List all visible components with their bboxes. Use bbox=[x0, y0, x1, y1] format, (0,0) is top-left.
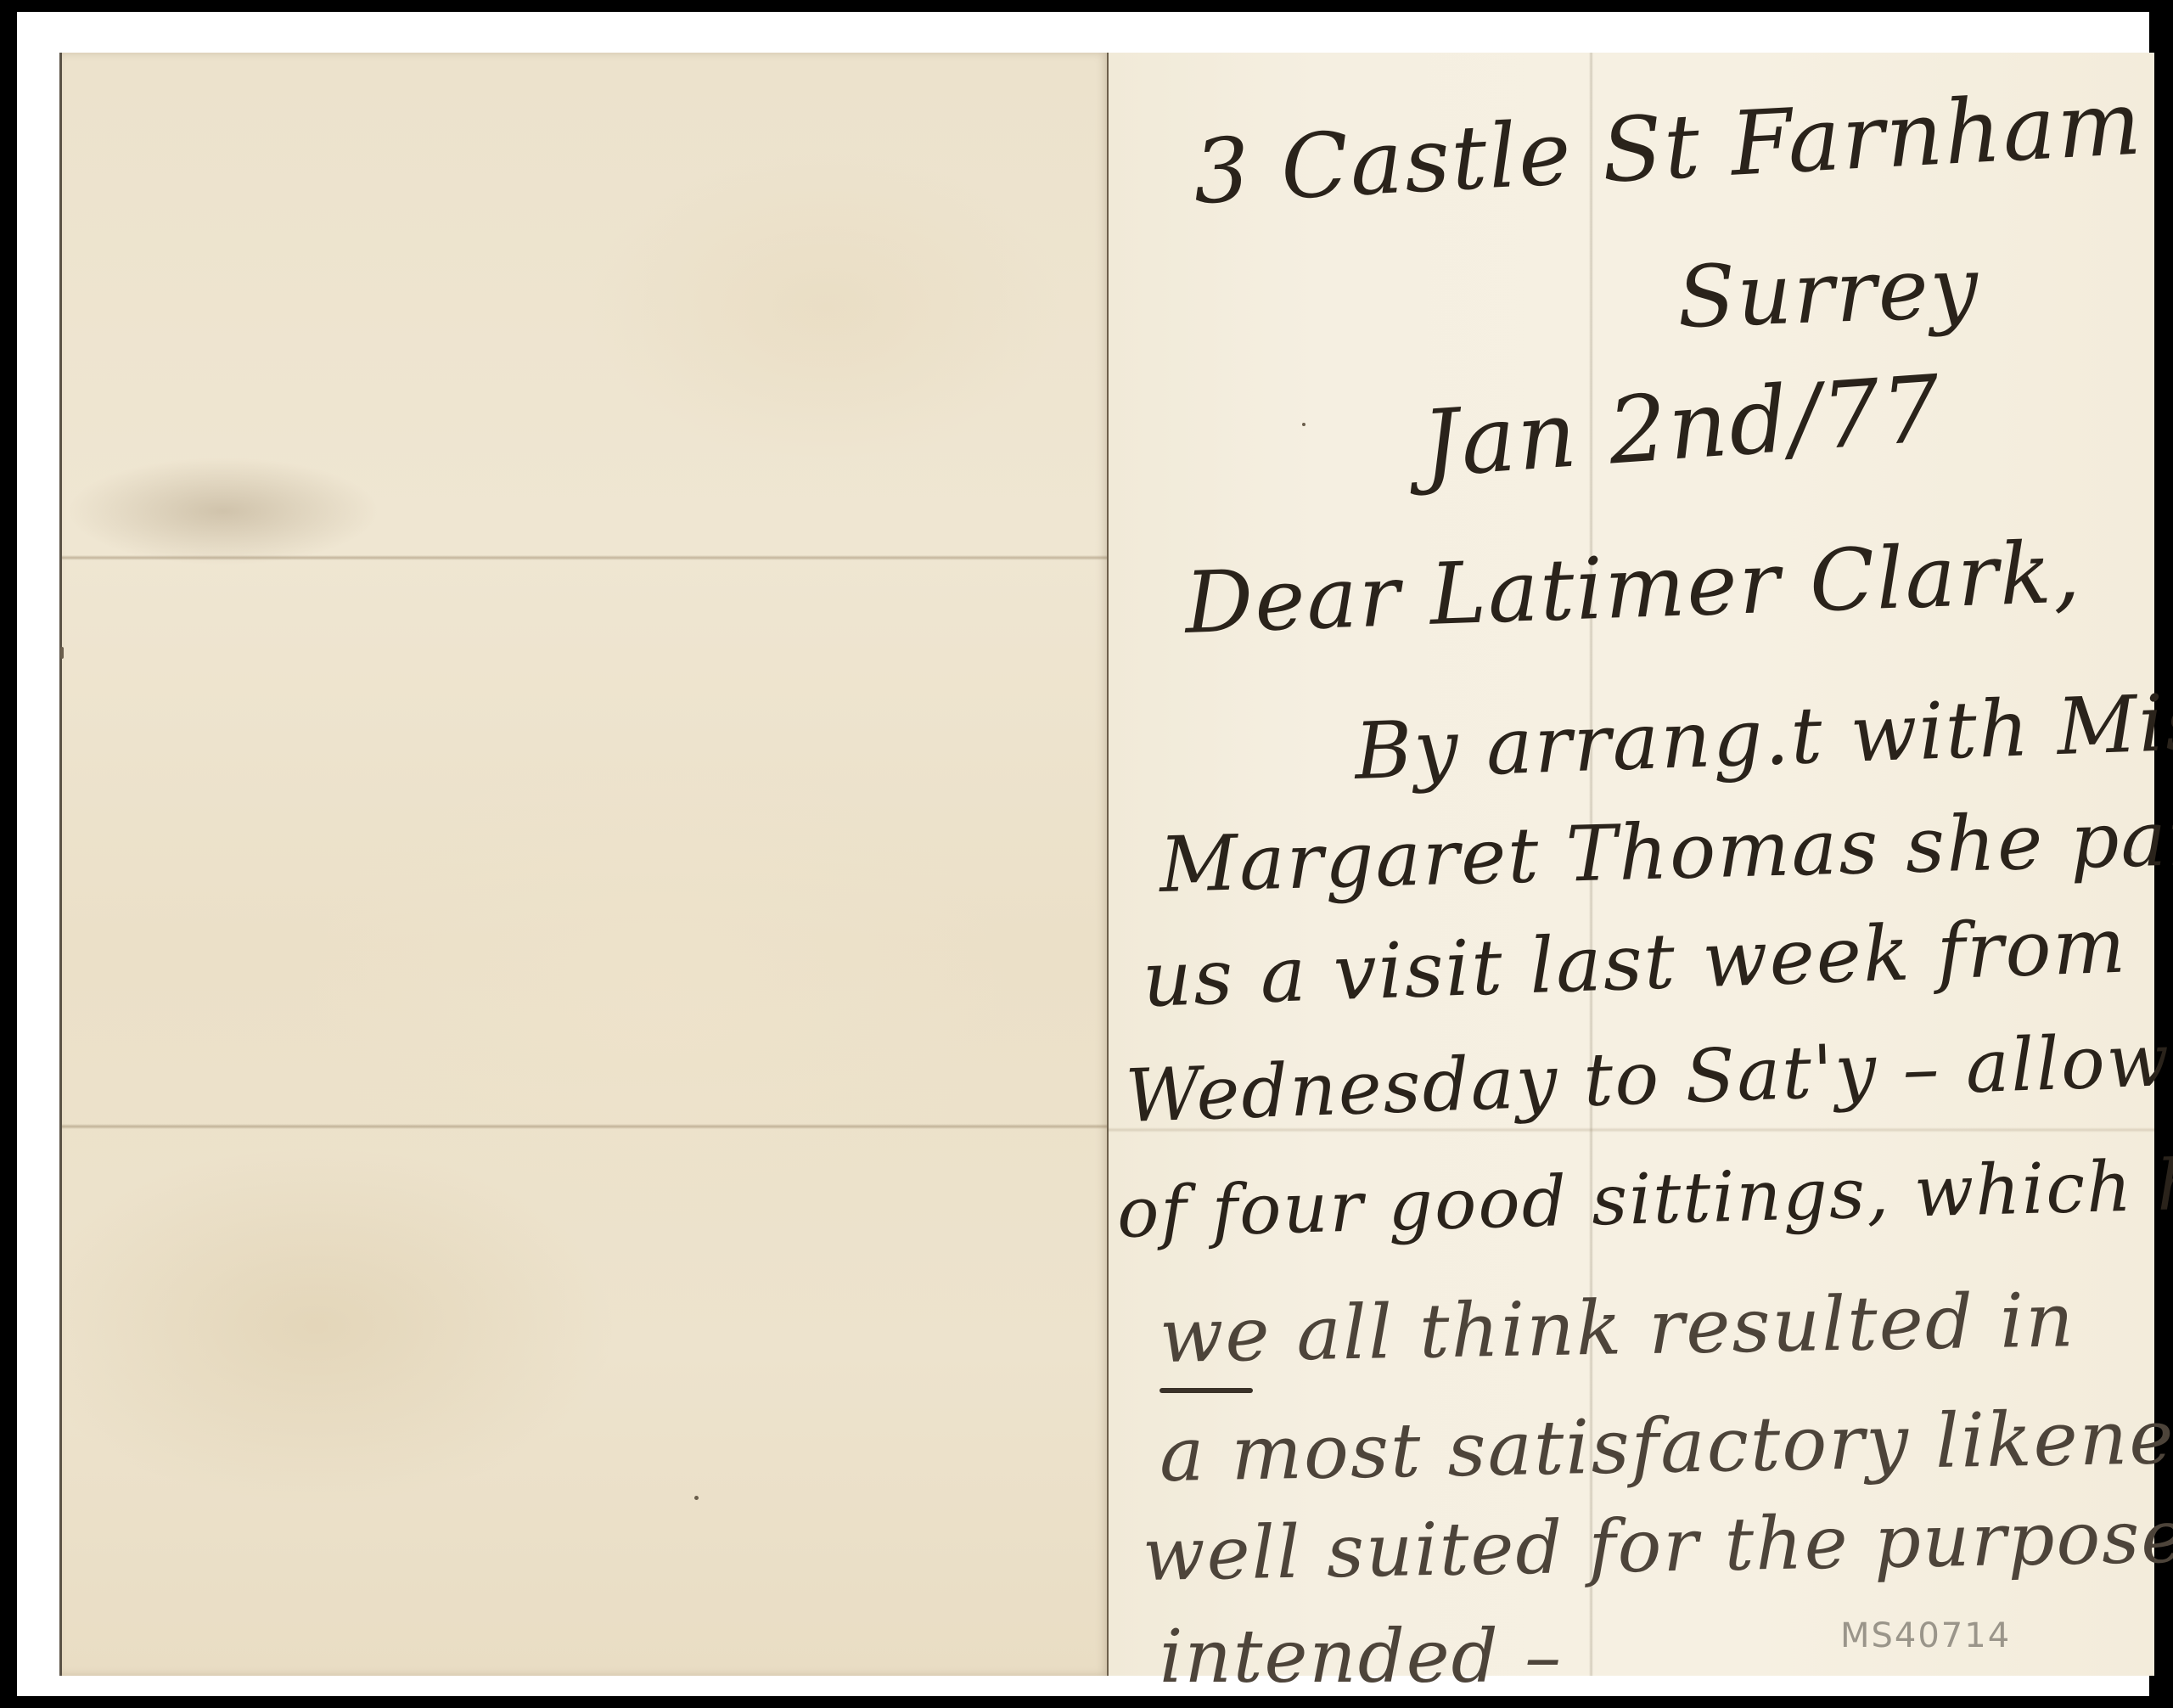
horizontal-fold-upper bbox=[62, 555, 1109, 560]
letter-body-line: well suited for the purpose bbox=[1142, 1495, 2173, 1598]
paper-speck bbox=[1302, 423, 1305, 426]
paper-speck bbox=[694, 1496, 699, 1500]
letter-body-line: Margaret Thomas she paid bbox=[1159, 793, 2173, 910]
catalog-mark: MS40714 bbox=[1840, 1616, 2011, 1655]
letter-body-line: Wednesday to Sat'y – allowing bbox=[1124, 1014, 2173, 1139]
scan-frame: 3 Castle St Farnham Surrey Jan 2nd/77 De… bbox=[17, 12, 2149, 1696]
letter-body-line: we all think resulted in bbox=[1159, 1276, 2076, 1379]
paper-edge-mark bbox=[60, 647, 64, 659]
left-page bbox=[59, 53, 1109, 1676]
letter-body-line: intended – bbox=[1159, 1615, 1563, 1700]
right-page: 3 Castle St Farnham Surrey Jan 2nd/77 De… bbox=[1107, 53, 2154, 1676]
underline-we bbox=[1159, 1388, 1253, 1393]
letter-body-line: By arrang.t with Miss bbox=[1353, 675, 2173, 797]
letter-body-line: a most satisfactory likeness bbox=[1159, 1391, 2173, 1498]
letter-address-line2: Surrey bbox=[1676, 238, 1981, 347]
letter-address-line1: 3 Castle St Farnham bbox=[1191, 71, 2145, 224]
horizontal-fold-lower bbox=[62, 1124, 1109, 1129]
letter-body-line: us a visit last week from bbox=[1141, 902, 2128, 1025]
letter-salutation: Dear Latimer Clark, bbox=[1183, 522, 2083, 653]
letter-date: Jan 2nd/77 bbox=[1419, 356, 1946, 497]
letter-body-line: of four good sittings, which have bbox=[1116, 1142, 2173, 1254]
